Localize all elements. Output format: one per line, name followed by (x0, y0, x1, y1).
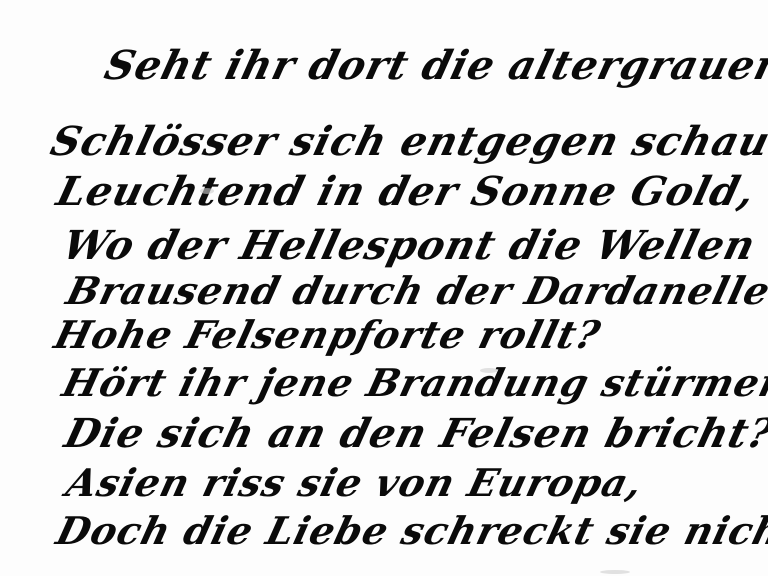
poem-line-6: Hohe Felsenpforte rollt? (50, 312, 606, 357)
poem-line-4: Wo der Hellespont die Wellen (58, 222, 761, 269)
poem-line-8: Die sich an den Felsen bricht? (60, 410, 768, 457)
poem-line-10: Doch die Liebe schreckt sie nicht. (52, 508, 768, 553)
poem-line-5: Brausend durch der Dardanellen (62, 268, 768, 313)
poem-line-9: Asien riss sie von Europa, (62, 460, 648, 505)
poem-line-2: Schlösser sich entgegen schauen, (46, 118, 768, 165)
paper-smudge (600, 570, 630, 574)
poem-line-3: Leuchtend in der Sonne Gold, (52, 168, 760, 215)
manuscript-page: Seht ihr dort die altergrauen Schlösser … (0, 0, 768, 576)
poem-line-1: Seht ihr dort die altergrauen (100, 42, 768, 89)
paper-smudge (480, 368, 498, 373)
paper-smudge (200, 188, 214, 194)
poem-line-7: Hört ihr jene Brandung stürmen (58, 360, 768, 405)
